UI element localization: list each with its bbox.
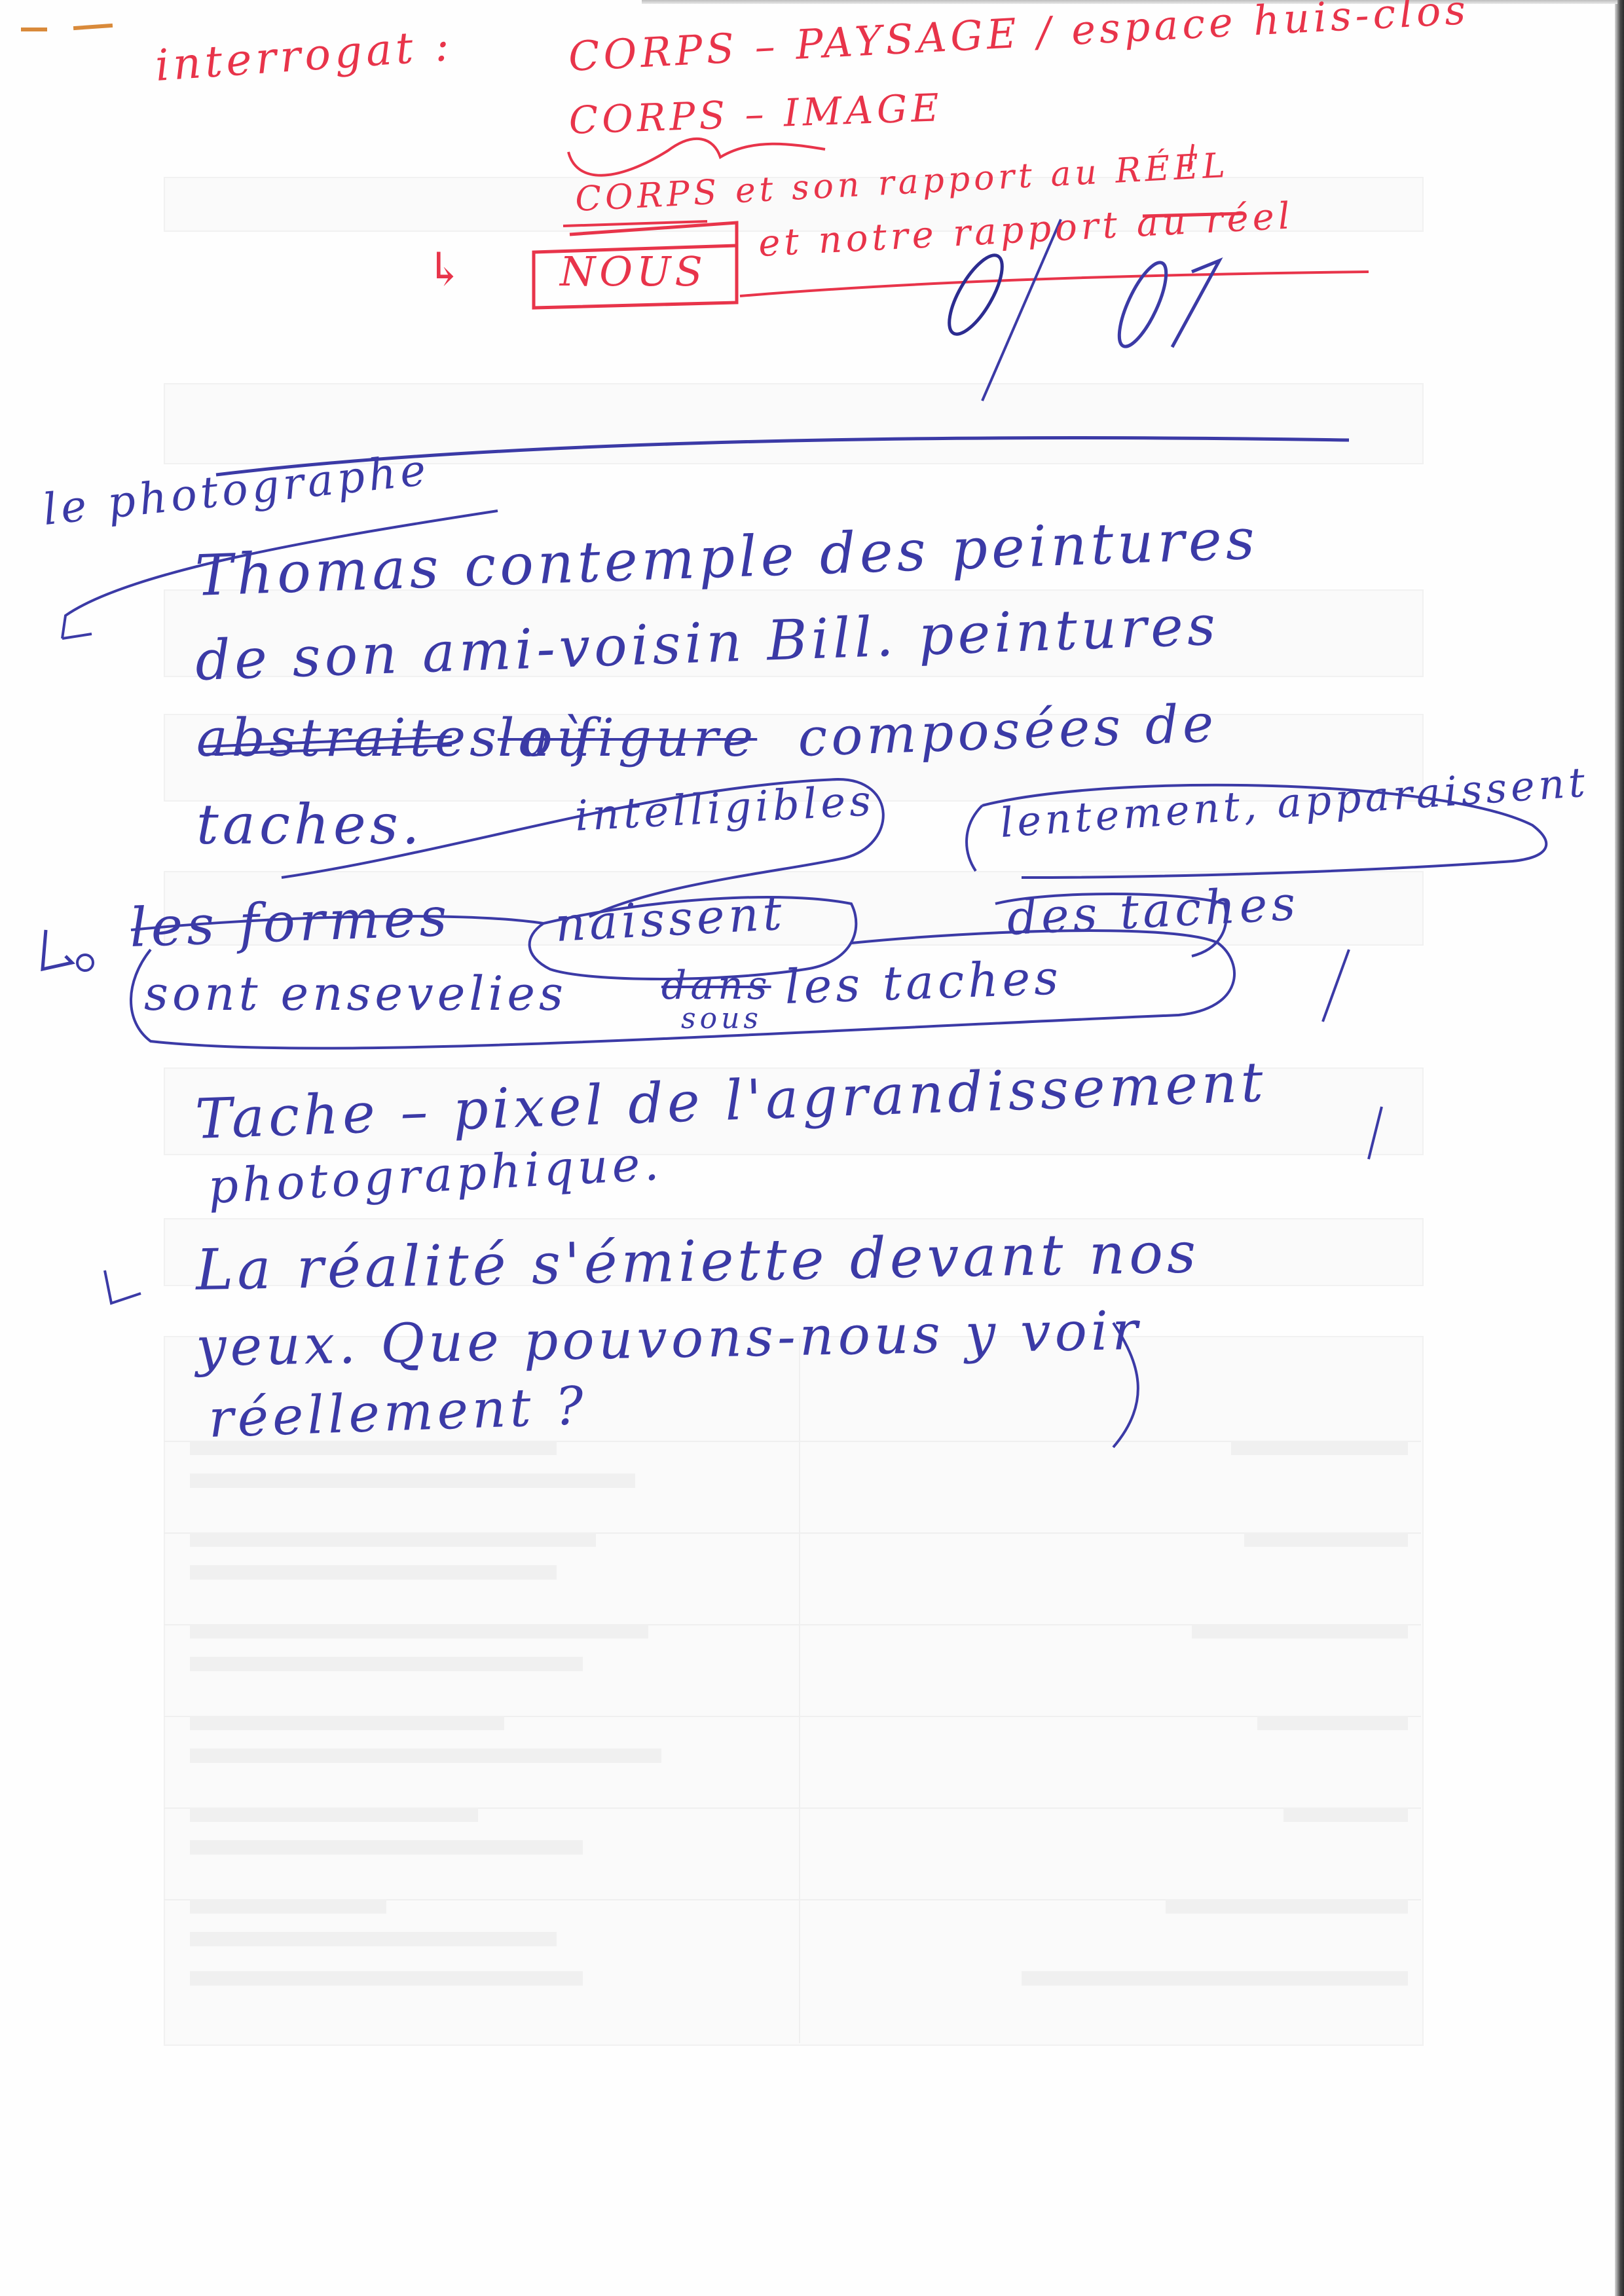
note-struck-la-figure: la figure bbox=[498, 707, 757, 768]
scanner-edge-right bbox=[1615, 0, 1624, 2296]
note-para1-line4: taches. bbox=[196, 792, 424, 857]
scanned-page: interrogat : CORPS – PAYSAGE / espace hu… bbox=[0, 0, 1624, 2296]
note-arrow: ↳ bbox=[426, 242, 468, 296]
note-ensevelies: sont ensevelies bbox=[144, 966, 567, 1021]
note-les-taches: les taches bbox=[784, 950, 1063, 1014]
note-insert-sous: sous bbox=[681, 1002, 762, 1035]
margin-mark bbox=[21, 28, 47, 31]
note-corps-image: CORPS – IMAGE bbox=[568, 85, 944, 143]
margin-mark bbox=[73, 24, 113, 30]
note-corps-paysage: CORPS – PAYSAGE / espace huis-clos bbox=[567, 0, 1470, 81]
note-label-interrogat: interrogat : bbox=[154, 20, 455, 91]
note-les-formes: les formes bbox=[129, 886, 452, 959]
note-boxed-nous: NOUS bbox=[560, 248, 707, 295]
